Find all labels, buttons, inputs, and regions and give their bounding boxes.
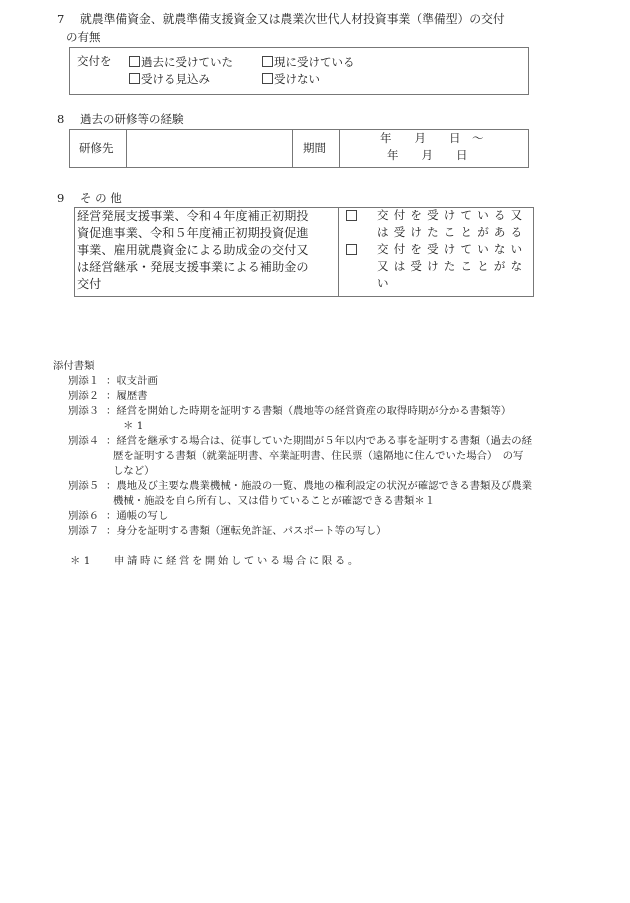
option-expected[interactable]: 受ける見込み [129,73,210,86]
attachment-label: 別添１ [68,376,99,386]
attachments-heading: 添付書類 [53,361,95,371]
other-option-not-received[interactable] [346,244,358,257]
attachment-label: 別添７ [68,526,99,536]
section9-number: 9 [57,193,64,205]
footnote-mark: ＊ 1 [70,556,90,566]
checkbox-icon[interactable] [262,73,273,84]
section9-title: そ の 他 [80,193,122,205]
period-start[interactable]: 年 月 日 ～ [380,133,484,145]
section7-title: 就農準備資金、就農準備支援資金又は農業次世代人材投資事業（準備型）の交付 [80,14,505,26]
checkbox-icon[interactable] [129,56,140,67]
option-past-received[interactable]: 過去に受けていた [129,56,233,69]
divider [126,129,127,168]
trainer-input[interactable] [128,131,290,166]
divider [338,207,339,297]
attachment-label: 別添６ [68,511,99,521]
trainer-label: 研修先 [79,143,114,155]
checkbox-icon[interactable] [346,244,357,255]
section8-title: 過去の研修等の経験 [80,114,184,126]
option-not-receiving[interactable]: 受けない [262,73,320,86]
checkbox-icon[interactable] [346,210,357,221]
attachment-label: 別添５ [68,481,99,491]
period-end[interactable]: 年 月 日 [387,150,468,162]
checkbox-icon[interactable] [129,73,140,84]
section8-number: 8 [57,114,64,126]
attachment-label: 別添４ [68,436,99,446]
divider [339,129,340,168]
period-label: 期間 [303,143,326,155]
section7-number: 7 [57,14,64,26]
divider [292,129,293,168]
other-option-received[interactable] [346,210,358,223]
checkbox-icon[interactable] [262,56,273,67]
footnote-text: 申請時に経営を開始している場合に限る。 [114,556,361,566]
option-currently-receiving[interactable]: 現に受けている [262,56,355,69]
section7-label: 交付を [77,56,112,68]
attachment-label: 別添３ [68,406,99,416]
attachment-label: 別添２ [68,391,99,401]
section7-title-cont: の有無 [66,32,101,44]
